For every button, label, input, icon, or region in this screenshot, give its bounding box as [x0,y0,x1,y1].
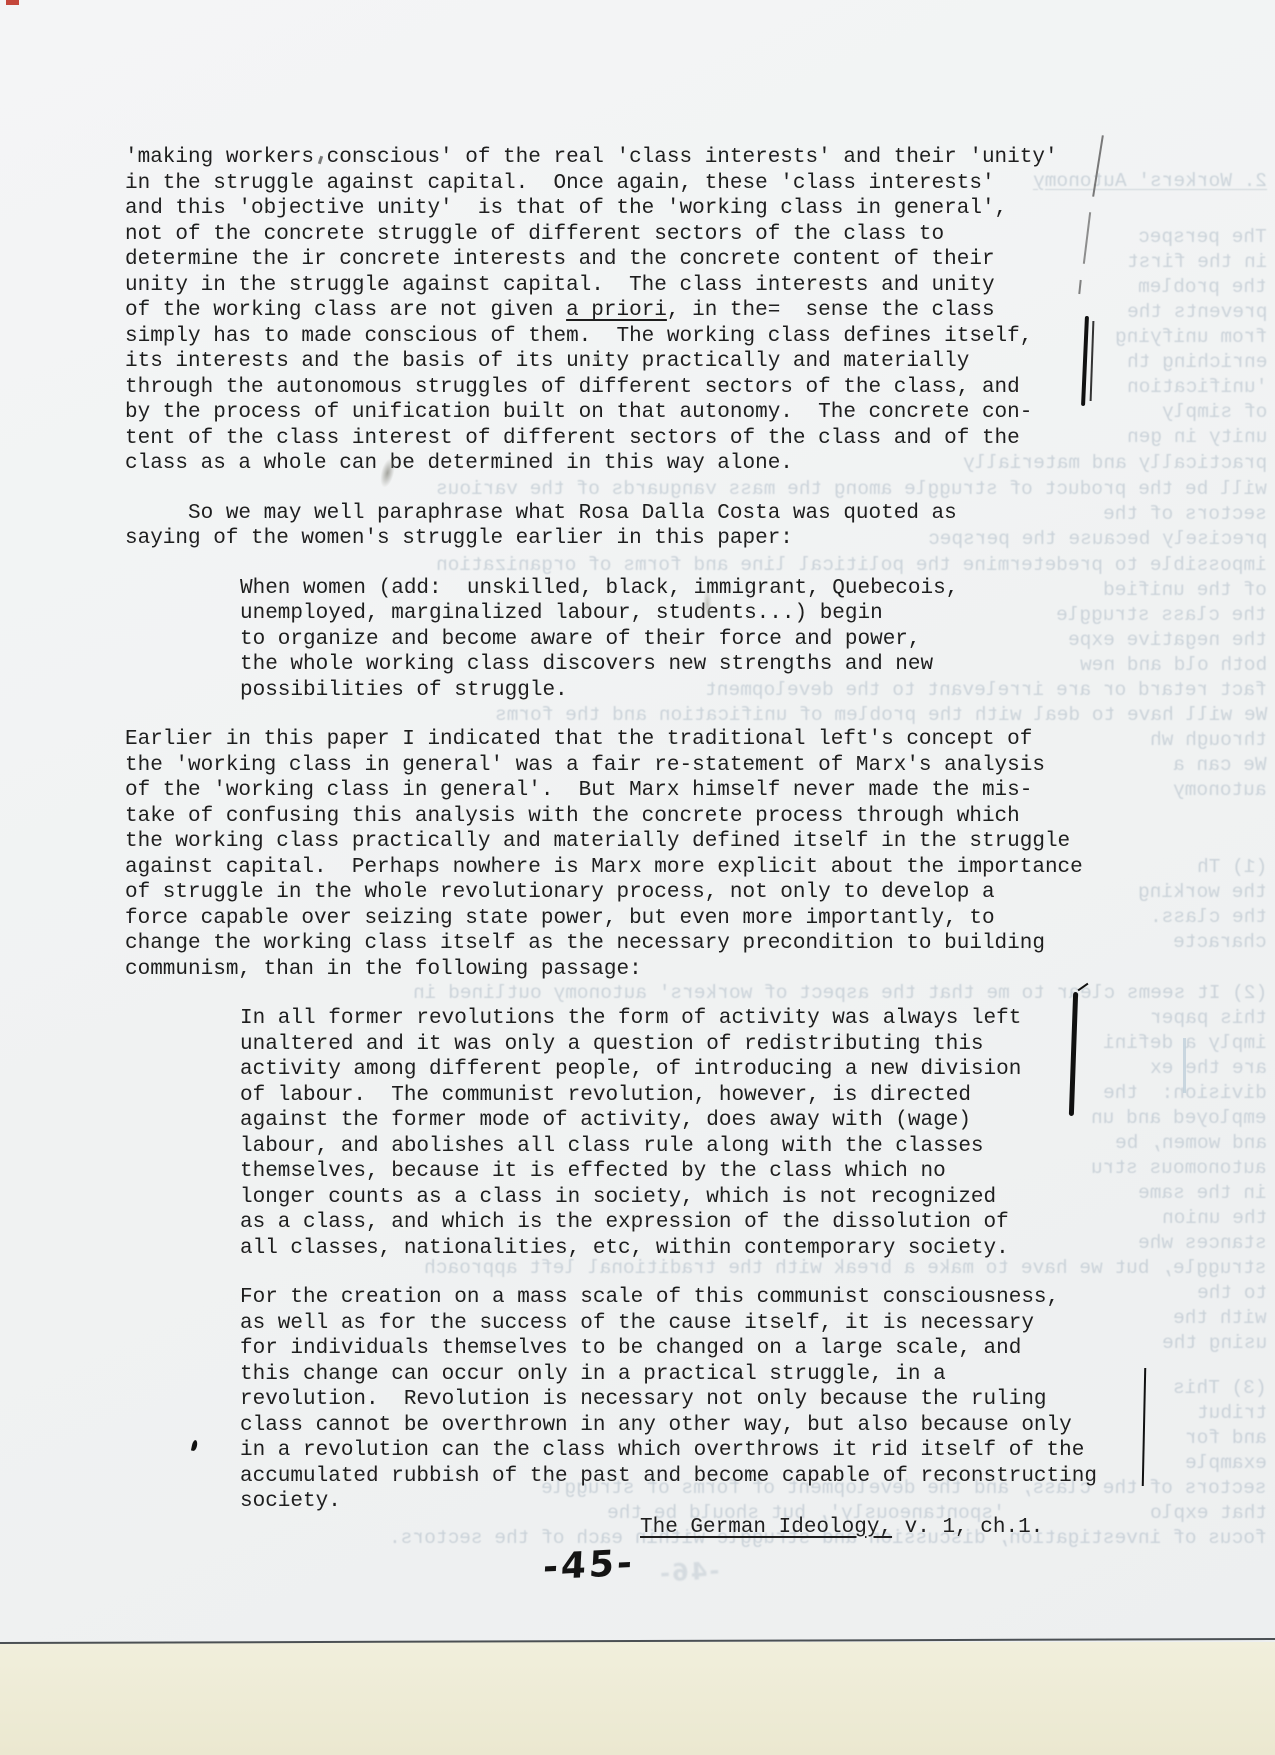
bleedthrough-line: the class. [1150,906,1267,928]
text-line: In all former revolutions the form of ac… [240,1006,1135,1032]
text-line: the working class practically and materi… [125,829,1135,855]
bleedthrough-line: that explo [1150,1502,1267,1524]
citation: The German Ideology, v. 1, ch.1. [640,1515,1135,1541]
text-line: activity among different people, of intr… [240,1057,1135,1083]
text-segment: v. 1, ch.1. [892,1516,1043,1539]
bleedthrough-line: the union [1162,1207,1267,1229]
bleedthrough-line: (1) Th [1197,856,1267,878]
text-line: society. [240,1489,1135,1515]
text-line: revolution. Revolution is necessary not … [240,1387,1135,1413]
text-line: of the 'working class in general'. But M… [125,778,1135,804]
text-line: to organize and become aware of their fo… [240,627,1135,653]
text-line: against capital. Perhaps nowhere is Marx… [125,855,1135,881]
ink-smudge [703,588,712,620]
bleedthrough-line: this paper [1150,1007,1267,1029]
text-line: class as a whole can be determined in th… [125,451,1135,477]
text-line: of struggle in the whole revolutionary p… [125,880,1135,906]
text-line: force capable over seizing state power, … [125,906,1135,932]
text-line: themselves, because it is effected by th… [240,1159,1135,1185]
text-line: possibilities of struggle. [240,678,1135,704]
text-line: this change can occur only in a practica… [240,1362,1135,1388]
bleedthrough-line: using the [1162,1332,1267,1354]
blue-smear-mark [1183,1038,1186,1093]
text-line: the whole working class discovers new st… [240,652,1135,678]
bleedthrough-page-number: -46- [657,1556,720,1587]
bleedthrough-line: in the same [1138,1182,1267,1204]
bleedthrough-line: example [1185,1452,1267,1474]
paragraph: So we may well paraphrase what Rosa Dall… [125,501,1135,552]
text-line: So we may well paraphrase what Rosa Dall… [125,501,1135,527]
bleedthrough-line: (3) This [1173,1377,1267,1399]
text-line: and this 'objective unity' is that of th… [125,196,1135,222]
text-line: take of confusing this analysis with the… [125,804,1135,830]
text-line: change the working class itself as the n… [125,931,1135,957]
typewriter-text-column: 'making workers conscious' of the real '… [125,145,1135,1540]
text-line: accumulated rubbish of the past and beco… [240,1464,1135,1490]
bleedthrough-line: and for [1185,1427,1267,1449]
handwritten-page-number: -45- [542,1543,636,1589]
bleedthrough-line: the problem [1138,276,1267,298]
text-line: When women (add: unskilled, black, immig… [240,576,1135,602]
text-line: unaltered and it was only a question of … [240,1032,1135,1058]
text-line: of the working class are not given a pri… [125,298,1135,324]
text-line: its interests and the basis of its unity… [125,349,1135,375]
bleedthrough-line: unity in gen [1127,426,1267,448]
text-line: as a class, and which is the expression … [240,1210,1135,1236]
text-line: class cannot be overthrown in any other … [240,1413,1135,1439]
text-line: communism, than in the following passage… [125,957,1135,983]
bleedthrough-line: through wh [1150,729,1267,751]
text-line: in the struggle against capital. Once ag… [125,171,1135,197]
text-line: Earlier in this paper I indicated that t… [125,727,1135,753]
red-edge-mark [6,0,19,5]
text-line: as well as for the success of the cause … [240,1311,1135,1337]
text-line: longer counts as a class in society, whi… [240,1185,1135,1211]
bleedthrough-line: are the ex [1150,1057,1267,1079]
bleedthrough-line: prevents the [1127,301,1267,323]
text-line: in a revolution can the class which over… [240,1438,1135,1464]
backing-paper [0,1642,1275,1755]
text-line: The German Ideology, v. 1, ch.1. [640,1515,1135,1541]
text-line: For the creation on a mass scale of this… [240,1285,1135,1311]
bleedthrough-line: The perspec [1138,226,1267,248]
ink-smudge [594,356,599,361]
text-segment: of the working class are not given [125,299,566,322]
bleedthrough-line: the working [1138,881,1267,903]
text-line: simply has to made conscious of them. Th… [125,324,1135,350]
underlined-text: a priori [566,299,667,322]
bleedthrough-line: to the [1197,1282,1267,1304]
bleedthrough-line: We can a [1173,754,1267,776]
text-line: unemployed, marginalized labour, student… [240,601,1135,627]
bleedthrough-line: autonomy [1173,779,1267,801]
paragraph: Earlier in this paper I indicated that t… [125,727,1135,982]
bleedthrough-line: from unifying [1115,326,1267,348]
bleedthrough-line: tribut [1197,1402,1267,1424]
bleedthrough-line: in the first [1127,251,1267,273]
bleedthrough-line: and women, be [1115,1132,1267,1154]
text-line: by the process of unification built on t… [125,400,1135,426]
bleedthrough-line: 'unification [1127,376,1267,398]
block-quote: In all former revolutions the form of ac… [240,1006,1135,1261]
text-line: 'making workers conscious' of the real '… [125,145,1135,171]
bleedthrough-line: of simply [1162,401,1267,423]
text-line: for individuals themselves to be changed… [240,1336,1135,1362]
text-line: through the autonomous struggles of diff… [125,375,1135,401]
text-line: tent of the class interest of different … [125,426,1135,452]
paragraph: 'making workers conscious' of the real '… [125,145,1135,477]
text-line: unity in the struggle against capital. T… [125,273,1135,299]
text-line: saying of the women's struggle earlier i… [125,526,1135,552]
text-line: against the former mode of activity, doe… [240,1108,1135,1134]
text-line: determine the ir concrete interests and … [125,247,1135,273]
text-line: labour, and abolishes all class rule alo… [240,1134,1135,1160]
bleedthrough-line: enriching th [1127,351,1267,373]
bleedthrough-line: with the [1173,1307,1267,1329]
text-line: of labour. The communist revolution, how… [240,1083,1135,1109]
bleedthrough-line: characte [1173,931,1267,953]
text-segment: , in the= sense the class [667,299,995,322]
text-line: not of the concrete struggle of differen… [125,222,1135,248]
text-line: the 'working class in general' was a fai… [125,753,1135,779]
block-quote: For the creation on a mass scale of this… [240,1285,1135,1515]
block-quote: When women (add: unskilled, black, immig… [240,576,1135,704]
bleedthrough-line: stances whe [1138,1232,1267,1254]
underlined-text: The German Ideology, [640,1516,892,1539]
text-line: all classes, nationalities, etc, within … [240,1236,1135,1262]
